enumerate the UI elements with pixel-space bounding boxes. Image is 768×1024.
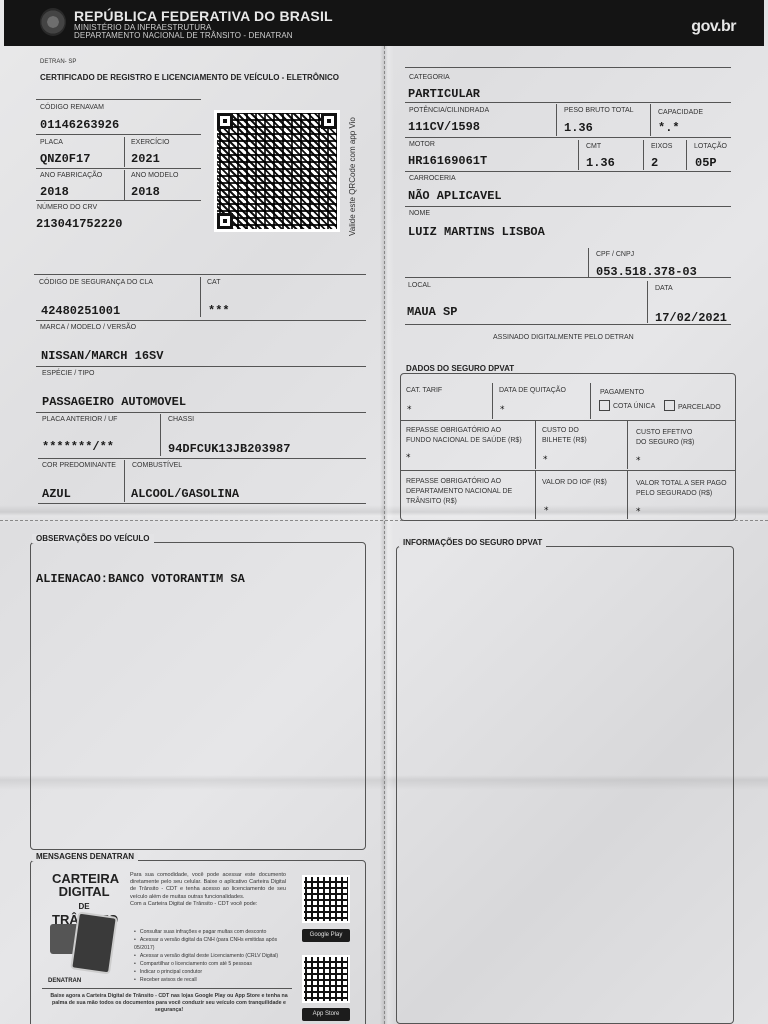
divider (124, 460, 125, 502)
denatran-logo: DENATRAN (48, 978, 81, 984)
placa-anterior-value: *******/** (42, 440, 114, 454)
carroceria-label: CARROCERIA (409, 175, 456, 182)
qr-finder-icon (217, 213, 233, 229)
list-item: Compartilhar o licenciamento com até 5 p… (134, 960, 294, 968)
divider (405, 324, 731, 325)
divider (578, 140, 579, 170)
motor-value: HR16169061T (408, 154, 487, 168)
divider (36, 99, 201, 100)
signature-note: ASSINADO DIGITALMENTE PELO DETRAN (493, 334, 634, 341)
divider (34, 274, 366, 275)
observacoes-text: ALIENACAO:BANCO VOTORANTIM SA (36, 572, 245, 586)
nome-value: LUIZ MARTINS LISBOA (408, 225, 545, 239)
especie-tipo-value: PASSAGEIRO AUTOMOVEL (42, 395, 186, 409)
custo-efetivo-label-2: DO SEGURO (R$) (636, 439, 694, 446)
repasse-fns-label-2: FUNDO NACIONAL DE SAÚDE (R$) (406, 437, 522, 444)
data-label: DATA (655, 285, 673, 292)
cla-security-code-value: 42480251001 (41, 304, 120, 318)
parcelado-label: PARCELADO (678, 404, 721, 411)
govbr-logo: gov.br (691, 18, 736, 36)
divider (38, 503, 366, 504)
chassi-label: CHASSI (168, 416, 194, 423)
divider (647, 281, 648, 323)
placa-anterior-label: PLACA ANTERIOR / UF (42, 416, 117, 423)
divider (400, 470, 736, 471)
divider (686, 140, 687, 170)
header-department: DEPARTAMENTO NACIONAL DE TRÂNSITO - DENA… (74, 31, 293, 40)
divider (627, 471, 628, 519)
renavam-label: CÓDIGO RENAVAM (40, 104, 104, 111)
repasse-denatran-label-3: TRÂNSITO (R$) (406, 498, 457, 505)
divider (124, 170, 125, 200)
divider (400, 420, 736, 421)
gov-header: REPÚBLICA FEDERATIVA DO BRASIL MINISTÉRI… (4, 0, 764, 46)
chassi-value: 94DFCUK13JB203987 (168, 442, 290, 456)
pagamento-label: PAGAMENTO (600, 389, 644, 396)
google-play-badge[interactable]: Google Play (302, 929, 350, 942)
cdt-paragraph-text: Para sua comodidade, você pode acessar e… (130, 872, 286, 900)
exercicio-label: EXERCÍCIO (131, 139, 170, 146)
divider (36, 134, 201, 135)
cdt-footer: Baixe agora a Carteira Digital de Trânsi… (44, 993, 294, 1014)
potencia-value: 111CV/1598 (408, 120, 480, 134)
combustivel-value: ALCOOL/GASOLINA (131, 487, 239, 501)
capacidade-label: CAPACIDADE (658, 109, 703, 116)
header-title: REPÚBLICA FEDERATIVA DO BRASIL (74, 8, 333, 24)
local-value: MAUA SP (407, 305, 457, 319)
cor-label: COR PREDOMINANTE (42, 462, 116, 469)
divider (124, 137, 125, 167)
app-store-qr-code[interactable] (302, 955, 350, 1003)
cdt-title-de: DE (78, 902, 89, 911)
divider (535, 421, 536, 469)
eixos-label: EIXOS (651, 143, 672, 150)
valor-total-value: * (636, 507, 641, 517)
potencia-label: POTÊNCIA/CILINDRADA (409, 107, 489, 114)
list-item: Acessar a versão digital da CNH (para CN… (134, 936, 294, 952)
list-item: Acessar a versão digital deste Licenciam… (134, 952, 294, 960)
repasse-denatran-label-2: DEPARTAMENTO NACIONAL DE (406, 488, 512, 495)
valor-iof-label: VALOR DO IOF (R$) (542, 479, 607, 486)
cdt-paragraph: Para sua comodidade, você pode acessar e… (130, 872, 286, 908)
dpvat-title: DADOS DO SEGURO DPVAT (402, 364, 518, 373)
valor-total-label-2: PELO SEGURADO (R$) (636, 490, 712, 497)
repasse-fns-label-1: REPASSE OBRIGATÓRIO AO (406, 427, 501, 434)
eixos-value: 2 (651, 156, 658, 170)
observacoes-title: OBSERVAÇÕES DO VEÍCULO (32, 534, 154, 543)
cota-unica-label: COTA ÚNICA (613, 403, 655, 410)
cpf-cnpj-label: CPF / CNPJ (596, 251, 634, 258)
custo-bilhete-label-1: CUSTO DO (542, 427, 579, 434)
custo-efetivo-value: * (636, 456, 641, 466)
qr-finder-icon (321, 113, 337, 129)
divider (405, 137, 731, 138)
cdt-feature-list: Consultar suas infrações e pagar multas … (134, 928, 294, 984)
ano-fabricacao-value: 2018 (40, 185, 69, 199)
divider (405, 171, 731, 172)
peso-bruto-label: PESO BRUTO TOTAL (564, 107, 634, 114)
categoria-value: PARTICULAR (408, 87, 480, 101)
qr-finder-icon (217, 113, 233, 129)
cat-value: *** (208, 304, 230, 318)
motor-label: MOTOR (409, 141, 435, 148)
custo-bilhete-label-2: BILHETE (R$) (542, 437, 587, 444)
qr-caption: Valide este QRCode com app Vio (348, 117, 357, 236)
divider (405, 102, 731, 103)
placa-value: QNZ0F17 (40, 152, 90, 166)
ano-modelo-value: 2018 (131, 185, 160, 199)
custo-bilhete-value: * (543, 455, 548, 465)
data-value: 17/02/2021 (655, 311, 727, 325)
phone-icon (70, 911, 118, 974)
divider (590, 383, 591, 419)
numero-crv-label: NÚMERO DO CRV (37, 204, 97, 211)
cdt-title-line-2: DIGITAL (59, 884, 110, 899)
fold-line-vertical (384, 46, 385, 1024)
repasse-fns-value: * (406, 453, 411, 463)
mensagens-title: MENSAGENS DENATRAN (32, 852, 138, 861)
renavam-value: 01146263926 (40, 118, 119, 132)
cor-value: AZUL (42, 487, 71, 501)
informacoes-dpvat-box (396, 546, 734, 1024)
coat-of-arms-icon (40, 8, 66, 36)
divider (405, 206, 731, 207)
combustivel-label: COMBUSTÍVEL (132, 462, 182, 469)
divider (556, 104, 557, 136)
divider (36, 412, 366, 413)
data-quitacao-value: * (500, 405, 505, 415)
divider (36, 320, 366, 321)
especie-tipo-label: ESPÉCIE / TIPO (42, 370, 94, 377)
divider (36, 366, 366, 367)
divider (650, 104, 651, 136)
peso-bruto-value: 1.36 (564, 121, 593, 135)
lotacao-value: 05P (695, 156, 717, 170)
google-play-qr-code[interactable] (302, 875, 350, 923)
cdt-list-intro: Com a Carteira Digital de Trânsito - CDT… (130, 901, 257, 907)
divider (492, 383, 493, 419)
cat-label: CAT (207, 279, 220, 286)
parcelado-checkbox[interactable] (664, 400, 675, 411)
exercicio-value: 2021 (131, 152, 160, 166)
cat-tarif-value: * (407, 405, 412, 415)
numero-crv-value: 213041752220 (36, 217, 122, 231)
certificate-title: CERTIFICADO DE REGISTRO E LICENCIAMENTO … (40, 73, 339, 82)
capacidade-value: *.* (658, 121, 680, 135)
cmt-value: 1.36 (586, 156, 615, 170)
divider (535, 471, 536, 519)
placa-label: PLACA (40, 139, 63, 146)
carroceria-value: NÃO APLICAVEL (408, 189, 502, 203)
list-item: Receber avisos de recall (134, 976, 294, 984)
local-label: LOCAL (408, 282, 431, 289)
divider (627, 421, 628, 469)
list-item: Indicar o principal condutor (134, 968, 294, 976)
issuer: DETRAN- SP (40, 59, 76, 65)
custo-efetivo-label-1: CUSTO EFETIVO (636, 429, 692, 436)
marca-modelo-value: NISSAN/MARCH 16SV (41, 349, 163, 363)
divider (405, 67, 731, 68)
data-quitacao-label: DATA DE QUITAÇÃO (499, 387, 566, 394)
cla-security-code-label: CÓDIGO DE SEGURANÇA DO CLA (39, 279, 153, 286)
divider (38, 458, 366, 459)
cmt-label: CMT (586, 143, 601, 150)
ano-modelo-label: ANO MODELO (131, 172, 178, 179)
observacoes-box (30, 542, 366, 850)
divider (643, 140, 644, 170)
ano-fabricacao-label: ANO FABRICAÇÃO (40, 172, 102, 179)
app-store-badge[interactable]: App Store (302, 1008, 350, 1021)
valor-iof-value: * (544, 506, 549, 516)
valor-total-label-1: VALOR TOTAL A SER PAGO (636, 480, 727, 487)
list-item: Consultar suas infrações e pagar multas … (134, 928, 294, 936)
validation-qr-code[interactable] (214, 110, 340, 232)
divider (160, 414, 161, 456)
categoria-label: CATEGORIA (409, 74, 450, 81)
marca-modelo-label: MARCA / MODELO / VERSÃO (40, 324, 136, 331)
divider (42, 988, 292, 989)
divider (36, 168, 201, 169)
cota-unica-checkbox[interactable] (599, 400, 610, 411)
nome-label: NOME (409, 210, 430, 217)
informacoes-dpvat-title: INFORMAÇÕES DO SEGURO DPVAT (399, 538, 546, 547)
divider (200, 277, 201, 317)
cat-tarif-label: CAT. TARIF (406, 387, 442, 394)
lotacao-label: LOTAÇÃO (694, 143, 727, 150)
document-paper: REPÚBLICA FEDERATIVA DO BRASIL MINISTÉRI… (0, 0, 768, 1024)
divider (588, 248, 589, 278)
divider (36, 200, 201, 201)
repasse-denatran-label-1: REPASSE OBRIGATÓRIO AO (406, 478, 501, 485)
divider (405, 277, 731, 278)
